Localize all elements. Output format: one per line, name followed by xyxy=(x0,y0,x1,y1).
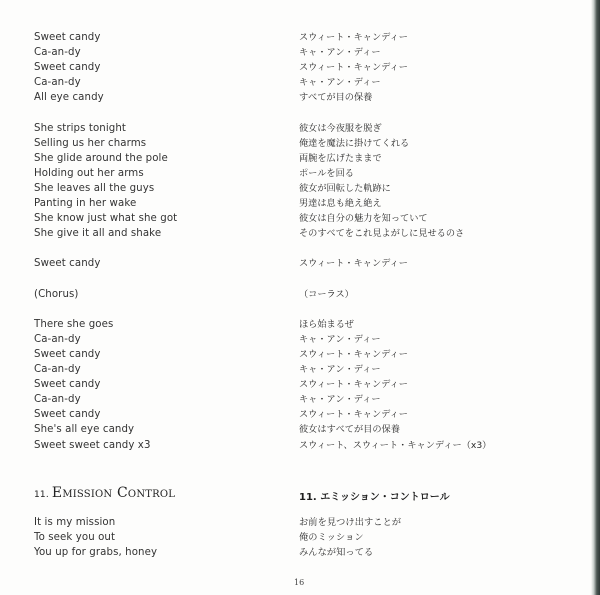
chorus-marker: (Chorus) xyxy=(34,287,284,302)
lyric-line-ja: ポールを回る xyxy=(299,166,569,181)
lyric-line-ja: スウィート・キャンディー xyxy=(299,377,569,392)
lyric-line: Sweet candy xyxy=(34,60,284,75)
song-title-en: 11.Emission Control xyxy=(34,485,175,501)
lyric-line: Sweet candy xyxy=(34,30,284,45)
stanza-gap xyxy=(34,105,284,120)
lyric-line-ja: キャ・アン・ディー xyxy=(299,75,569,90)
lyric-line-ja: 彼女はすべてが目の保養 xyxy=(299,422,569,437)
lyric-line: She leaves all the guys xyxy=(34,181,284,196)
lyric-line-ja: スウィート・キャンディー xyxy=(299,256,569,271)
lyric-line-ja: 彼女は今夜服を脱ぎ xyxy=(299,121,569,136)
lyric-line-ja: 彼女が回転した軌跡に xyxy=(299,181,569,196)
lyric-line-ja: スウィート・キャンディー xyxy=(299,30,569,45)
japanese-lyrics-column: スウィート・キャンディー キャ・アン・ディー スウィート・キャンディー キャ・ア… xyxy=(299,30,569,453)
stanza-gap xyxy=(299,302,569,317)
lyric-line: Selling us her charms xyxy=(34,136,284,151)
lyric-line: Ca-an-dy xyxy=(34,332,284,347)
lyric-line: There she goes xyxy=(34,317,284,332)
lyric-line-ja: 男達は息も絶え絶え xyxy=(299,196,569,211)
lyric-line-ja: すべてが目の保養 xyxy=(299,90,569,105)
stanza-gap xyxy=(34,272,284,287)
english-lyrics-column: Sweet candy Ca-an-dy Sweet candy Ca-an-d… xyxy=(34,30,284,453)
lyric-line-ja: スウィート・キャンディー xyxy=(299,347,569,362)
track-number: 11. xyxy=(34,490,49,500)
stanza-gap xyxy=(299,241,569,256)
page-number: 16 xyxy=(294,578,304,587)
lyric-line: Sweet candy xyxy=(34,256,284,271)
lyric-line: She know just what she got xyxy=(34,211,284,226)
lyric-line-ja: キャ・アン・ディー xyxy=(299,332,569,347)
song-11-english-lyrics: It is my mission To seek you out You up … xyxy=(34,515,157,560)
stanza-gap xyxy=(299,105,569,120)
lyric-line-ja: キャ・アン・ディー xyxy=(299,392,569,407)
lyric-line: You up for grabs, honey xyxy=(34,545,157,560)
lyric-line-ja: スウィート・キャンディー xyxy=(299,407,569,422)
lyric-line: It is my mission xyxy=(34,515,157,530)
lyric-line-ja: 俺達を魔法に掛けてくれる xyxy=(299,136,569,151)
lyric-line: She glide around the pole xyxy=(34,151,284,166)
song-11-japanese-lyrics: お前を見つけ出すことが 俺のミッション みんなが知ってる xyxy=(299,515,401,560)
lyric-line: Ca-an-dy xyxy=(34,392,284,407)
chorus-marker-ja: （コーラス） xyxy=(299,287,569,302)
lyric-line-ja: キャ・アン・ディー xyxy=(299,45,569,60)
lyric-line-ja: スウィート、スウィート・キャンディー（x3） xyxy=(299,438,569,453)
track-title: Emission Control xyxy=(52,485,175,501)
lyric-line: Sweet candy xyxy=(34,377,284,392)
lyric-line: She's all eye candy xyxy=(34,422,284,437)
lyric-line: Holding out her arms xyxy=(34,166,284,181)
stanza-gap xyxy=(299,272,569,287)
book-spine-shadow xyxy=(591,0,600,595)
lyric-line: To seek you out xyxy=(34,530,157,545)
stanza-gap xyxy=(34,241,284,256)
lyric-line-ja: 俺のミッション xyxy=(299,530,401,545)
lyric-line: All eye candy xyxy=(34,90,284,105)
lyric-line: Ca-an-dy xyxy=(34,45,284,60)
lyric-line: She give it all and shake xyxy=(34,226,284,241)
lyric-line-ja: ほら始まるぜ xyxy=(299,317,569,332)
lyric-line: Panting in her wake xyxy=(34,196,284,211)
lyric-line: Sweet candy xyxy=(34,347,284,362)
lyric-line: Ca-an-dy xyxy=(34,75,284,90)
song-title-ja: 11. エミッション・コントロール xyxy=(299,488,450,503)
lyric-line: Sweet sweet candy x3 xyxy=(34,438,284,453)
lyric-line: Ca-an-dy xyxy=(34,362,284,377)
lyric-line: Sweet candy xyxy=(34,407,284,422)
lyric-line-ja: そのすべてをこれ見よがしに見せるのさ xyxy=(299,226,569,241)
lyric-line-ja: みんなが知ってる xyxy=(299,545,401,560)
lyrics-page: Sweet candy Ca-an-dy Sweet candy Ca-an-d… xyxy=(0,0,600,595)
lyric-line-ja: スウィート・キャンディー xyxy=(299,60,569,75)
lyric-line: She strips tonight xyxy=(34,121,284,136)
lyric-line-ja: 両腕を広げたままで xyxy=(299,151,569,166)
stanza-gap xyxy=(34,302,284,317)
lyric-line-ja: お前を見つけ出すことが xyxy=(299,515,401,530)
lyric-line-ja: 彼女は自分の魅力を知っていて xyxy=(299,211,569,226)
lyric-line-ja: キャ・アン・ディー xyxy=(299,362,569,377)
